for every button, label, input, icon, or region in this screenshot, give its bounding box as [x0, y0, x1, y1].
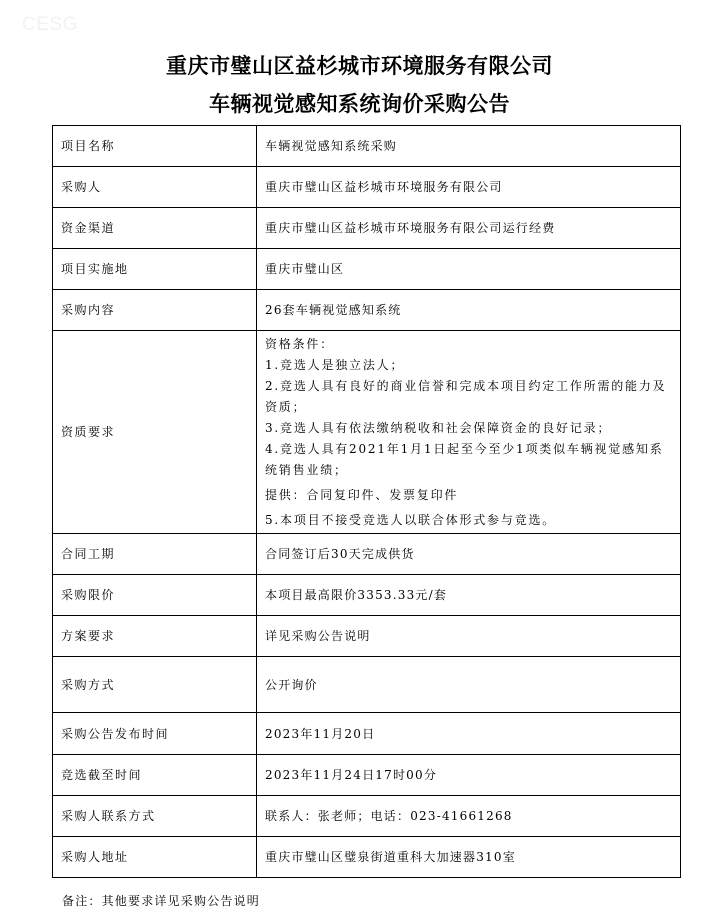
company-title: 重庆市璧山区益杉城市环境服务有限公司 — [0, 50, 719, 80]
table-row-funding: 资金渠道 重庆市璧山区益杉城市环境服务有限公司运行经费 — [53, 208, 681, 249]
procurement-info-table: 项目名称 车辆视觉感知系统采购 采购人 重庆市璧山区益杉城市环境服务有限公司 资… — [52, 125, 681, 878]
table-row-location: 项目实施地 重庆市璧山区 — [53, 249, 681, 290]
row-value: 车辆视觉感知系统采购 — [257, 126, 681, 167]
table-row-qualification: 资质要求 资格条件： 1.竞选人是独立法人； 2.竞选人具有良好的商业信誉和完成… — [53, 331, 681, 534]
table-row-project-name: 项目名称 车辆视觉感知系统采购 — [53, 126, 681, 167]
row-value: 重庆市璧山区 — [257, 249, 681, 290]
table-row-deadline: 竞选截至时间 2023年11月24日17时00分 — [53, 755, 681, 796]
row-label: 资金渠道 — [53, 208, 257, 249]
table-row-procurement-method: 采购方式 公开询价 — [53, 657, 681, 713]
row-value: 公开询价 — [257, 657, 681, 713]
table-row-publish-time: 采购公告发布时间 2023年11月20日 — [53, 713, 681, 755]
row-value: 本项目最高限价3353.33元/套 — [257, 575, 681, 616]
row-value: 2023年11月20日 — [257, 713, 681, 755]
table-row-address: 采购人地址 重庆市璧山区璧泉街道重科大加速器310室 — [53, 837, 681, 878]
row-label: 采购人地址 — [53, 837, 257, 878]
row-label: 采购人 — [53, 167, 257, 208]
qualification-details: 资格条件： 1.竞选人是独立法人； 2.竞选人具有良好的商业信誉和完成本项目约定… — [257, 331, 681, 534]
qualification-line: 5.本项目不接受竞选人以联合体形式参与竞选。 — [265, 510, 672, 531]
table-row-price-limit: 采购限价 本项目最高限价3353.33元/套 — [53, 575, 681, 616]
table-row-contract-period: 合同工期 合同签订后30天完成供货 — [53, 534, 681, 575]
row-value: 26套车辆视觉感知系统 — [257, 290, 681, 331]
row-label: 采购方式 — [53, 657, 257, 713]
row-value: 重庆市璧山区璧泉街道重科大加速器310室 — [257, 837, 681, 878]
qualification-line: 资格条件： — [265, 334, 672, 355]
table-row-contact: 采购人联系方式 联系人：张老师；电话：023-41661268 — [53, 796, 681, 837]
table-row-plan-requirement: 方案要求 详见采购公告说明 — [53, 616, 681, 657]
qualification-line: 2.竞选人具有良好的商业信誉和完成本项目约定工作所需的能力及资质； — [265, 376, 672, 418]
row-label: 采购限价 — [53, 575, 257, 616]
row-value: 合同签订后30天完成供货 — [257, 534, 681, 575]
qualification-line: 提供：合同复印件、发票复印件 — [265, 485, 672, 506]
qualification-line: 1.竞选人是独立法人； — [265, 355, 672, 376]
row-value: 联系人：张老师；电话：023-41661268 — [257, 796, 681, 837]
row-value: 详见采购公告说明 — [257, 616, 681, 657]
table-row-purchaser: 采购人 重庆市璧山区益杉城市环境服务有限公司 — [53, 167, 681, 208]
footer-note: 备注：其他要求详见采购公告说明 — [62, 892, 260, 909]
watermark: CESG — [22, 14, 78, 36]
row-label: 项目实施地 — [53, 249, 257, 290]
qualification-line: 4.竞选人具有2021年1月1日起至今至少1项类似车辆视觉感知系统销售业绩； — [265, 439, 672, 481]
row-value: 重庆市璧山区益杉城市环境服务有限公司运行经费 — [257, 208, 681, 249]
row-value: 重庆市璧山区益杉城市环境服务有限公司 — [257, 167, 681, 208]
row-label: 采购公告发布时间 — [53, 713, 257, 755]
row-label: 方案要求 — [53, 616, 257, 657]
qualification-line: 3.竞选人具有依法缴纳税收和社会保障资金的良好记录； — [265, 418, 672, 439]
announcement-title: 车辆视觉感知系统询价采购公告 — [0, 88, 719, 118]
row-label: 项目名称 — [53, 126, 257, 167]
row-label: 采购人联系方式 — [53, 796, 257, 837]
row-label: 采购内容 — [53, 290, 257, 331]
row-value: 2023年11月24日17时00分 — [257, 755, 681, 796]
table-row-content: 采购内容 26套车辆视觉感知系统 — [53, 290, 681, 331]
row-label: 竞选截至时间 — [53, 755, 257, 796]
row-label: 资质要求 — [53, 331, 257, 534]
row-label: 合同工期 — [53, 534, 257, 575]
